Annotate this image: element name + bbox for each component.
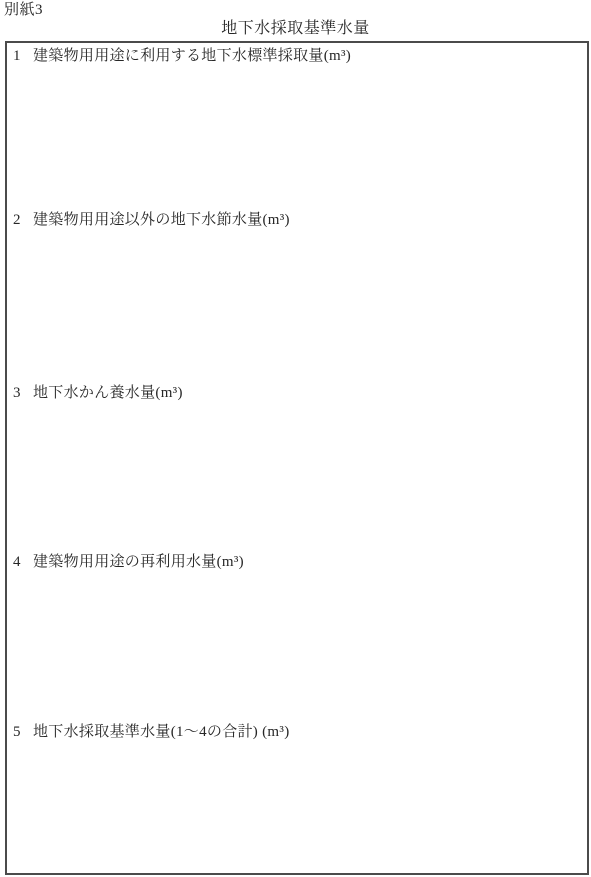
- section-number: 3: [13, 384, 33, 403]
- form-section-2: 2 建築物用用途以外の地下水節水量(m³): [7, 211, 587, 230]
- section-label: 地下水採取基準水量(1～4の合計) (m³): [33, 723, 290, 742]
- form-section-4: 4 建築物用用途の再利用水量(m³): [7, 553, 587, 572]
- section-number: 2: [13, 211, 33, 230]
- attachment-label: 別紙3: [4, 1, 43, 19]
- section-label: 建築物用用途の再利用水量(m³): [33, 553, 244, 572]
- page-title: 地下水採取基準水量: [0, 19, 591, 39]
- form-section-1: 1 建築物用用途に利用する地下水標準採取量(m³): [7, 47, 587, 66]
- form-section-5: 5 地下水採取基準水量(1～4の合計) (m³): [7, 723, 587, 742]
- section-number: 4: [13, 553, 33, 572]
- section-label: 建築物用用途以外の地下水節水量(m³): [33, 211, 290, 230]
- section-number: 5: [13, 723, 33, 742]
- document-page: 別紙3 地下水採取基準水量 1 建築物用用途に利用する地下水標準採取量(m³) …: [0, 0, 591, 877]
- section-number: 1: [13, 47, 33, 66]
- section-label: 地下水かん養水量(m³): [33, 384, 183, 403]
- form-outline-box: 1 建築物用用途に利用する地下水標準採取量(m³) 2 建築物用用途以外の地下水…: [5, 41, 589, 875]
- section-label: 建築物用用途に利用する地下水標準採取量(m³): [33, 47, 351, 66]
- form-section-3: 3 地下水かん養水量(m³): [7, 384, 587, 403]
